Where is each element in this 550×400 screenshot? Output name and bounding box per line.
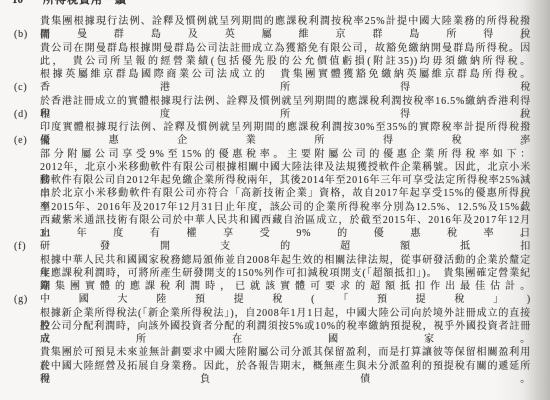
section-label: (e) [14,134,40,240]
section-label: (b) [14,28,40,81]
section-text: 香港所得稅於香港註冊成立的實體根據現行法例、詮釋及慣例就呈列期間的應課稅利潤按稅… [40,81,531,108]
text-line: 動軟件有限公司自2012年起免繳企業所得稅兩年，其後2014年至2016年三年可… [40,174,531,187]
text-line: 貴集團根據現行法例、詮釋及慣例就呈列期間的應課稅利潤按稅率25%計提中國大陸業務… [40,15,531,28]
section-text: 印度所得稅印度實體根據現行法例、詮釋及慣例就呈列期間的應課稅利潤按30%至35%… [40,108,531,135]
section-label [14,15,40,28]
section-text: 開曼群島及英屬維京群島所得稅貴公司在開曼群島根據開曼群島公司法註冊成立為獲豁免有… [40,28,531,81]
section-title: 香港所得稅 [40,81,531,94]
section-title: 優惠企業所得稅率 [40,134,531,147]
note-body: 貴集團根據現行法例、詮釋及慣例就呈列期間的應課稅利潤按稅率25%計提中國大陸業務… [14,15,531,386]
note-section-f: (f)研發開支的超額抵扣根據中華人民共和國國家稅務總局頒佈並自2008年起生效的… [14,240,531,293]
text-line: 貴公司在開曼群島根據開曼群島公司法註冊成立為獲豁免有限公司，故豁免繳納開曼群島所… [40,42,531,55]
note-section-g: (g)中國大陸預提稅(「預提稅」)根據新企業所得稅法(「新企業所得稅法」)，自2… [14,293,531,386]
text-line: 2012年，北京小米移動軟件有限公司根據相關中國大陸法律及法規獲授軟件企業稱號。… [40,161,531,174]
text-line: 部分附屬公司享受9%至15%的優惠稅率。主要附屬公司的優惠企業所得稅率如下： [40,148,531,161]
text-line: 度應課稅利潤時，可將所產生研發開支的150%列作可扣減稅項開支(「超額抵扣」)。… [40,267,531,280]
text-line: 根據中華人民共和國國家稅務總局頒佈並自2008年起生效的相關法律法規，從事研發活… [40,254,531,267]
note-title: 所得稅費用－續 [43,0,127,6]
prospectus-page: 10所得稅費用－續 貴集團根據現行法例、詮釋及慣例就呈列期間的應課稅利潤按稅率2… [0,0,550,400]
text-line: 止年度有權享受9%的優惠稅率。 [40,227,531,240]
text-line: 在中國大陸經營及拓展自身業務。因此，於各報告期末，概無產生與未分派盈利的預提稅有… [40,360,531,373]
section-title: 中國大陸預提稅(「預提稅」) [40,293,531,306]
text-line: 西藏紫米通訊技術有限公司於中華人民共和國西藏自治區成立，於截至2015年、201… [40,214,531,227]
text-line: 立所在國家。 [40,333,531,346]
text-line: 於香港註冊成立的實體根據現行法例、詮釋及慣例就呈列期間的應課稅利潤按稅率16.5… [40,95,531,108]
section-label: (d) [14,108,40,135]
section-title: 研發開支的超額抵扣 [40,240,531,253]
section-label: (g) [14,293,40,386]
section-title: 開曼群島及英屬維京群島所得稅 [40,28,531,41]
text-line: 此， 貴公司所呈報的經營業績(包括優先股的公允價值虧損(附註35))均毋須繳納所… [40,55,531,68]
text-line: 股公司分配利潤時，向該外國投資者分配的利潤須按5%或10%的稅率繳納預提稅，視乎… [40,320,531,333]
note-heading: 10所得稅費用－續 [12,0,127,7]
section-label: (f) [14,240,40,293]
text-line: 由於北京小米移動軟件有限公司亦符合「高新技術企業」資格，故自2017年起享受15… [40,187,531,200]
note-section-c: (c)香港所得稅於香港註冊成立的實體根據現行法例、詮釋及慣例就呈列期間的應課稅利… [14,81,531,108]
note-section-e: (e)優惠企業所得稅率部分附屬公司享受9%至15%的優惠稅率。主要附屬公司的優惠… [14,134,531,240]
section-text: 中國大陸預提稅(「預提稅」)根據新企業所得稅法(「新企業所得稅法」)，自2008… [40,293,531,386]
note-section-b: (b)開曼群島及英屬維京群島所得稅貴公司在開曼群島根據開曼群島公司法註冊成立為獲… [14,28,531,81]
text-line: 稅負債。 [40,373,531,386]
text-line: 至2015年、2016年及2017年12月31日止年度，該公司的企業所得稅率分別… [40,201,531,214]
section-title: 印度所得稅 [40,108,531,121]
note-number: 10 [12,0,43,7]
text-line: 期集團實體的應課稅利潤時，已就該實體可要求的超額抵扣作出最佳估計。 [40,280,531,293]
note-section-d: (d)印度所得稅印度實體根據現行法例、詮釋及慣例就呈列期間的應課稅利潤按30%至… [14,108,531,135]
text-line: 印度實體根據現行法例、詮釋及慣例就呈列期間的應課稅利潤按30%至35%的實際稅率… [40,121,531,134]
note-section-intro: 貴集團根據現行法例、詮釋及慣例就呈列期間的應課稅利潤按稅率25%計提中國大陸業務… [14,15,531,28]
section-text: 貴集團根據現行法例、詮釋及慣例就呈列期間的應課稅利潤按稅率25%計提中國大陸業務… [40,15,531,28]
text-line: 根據英屬維京群島國際商業公司法成立的 貴集團實體獲豁免繳納英屬維京群島所得稅。 [40,68,531,81]
section-label: (c) [14,81,40,108]
text-line: 根據新企業所得稅法(「新企業所得稅法」)，自2008年1月1日起，中國大陸公司向… [40,307,531,320]
section-text: 研發開支的超額抵扣根據中華人民共和國國家稅務總局頒佈並自2008年起生效的相關法… [40,240,531,293]
text-line: 貴集團於可預見未來並無計劃要求中國大陸附屬公司分派其保留盈利，而是打算讓彼等保留… [40,346,531,359]
section-text: 優惠企業所得稅率部分附屬公司享受9%至15%的優惠稅率。主要附屬公司的優惠企業所… [40,134,531,240]
